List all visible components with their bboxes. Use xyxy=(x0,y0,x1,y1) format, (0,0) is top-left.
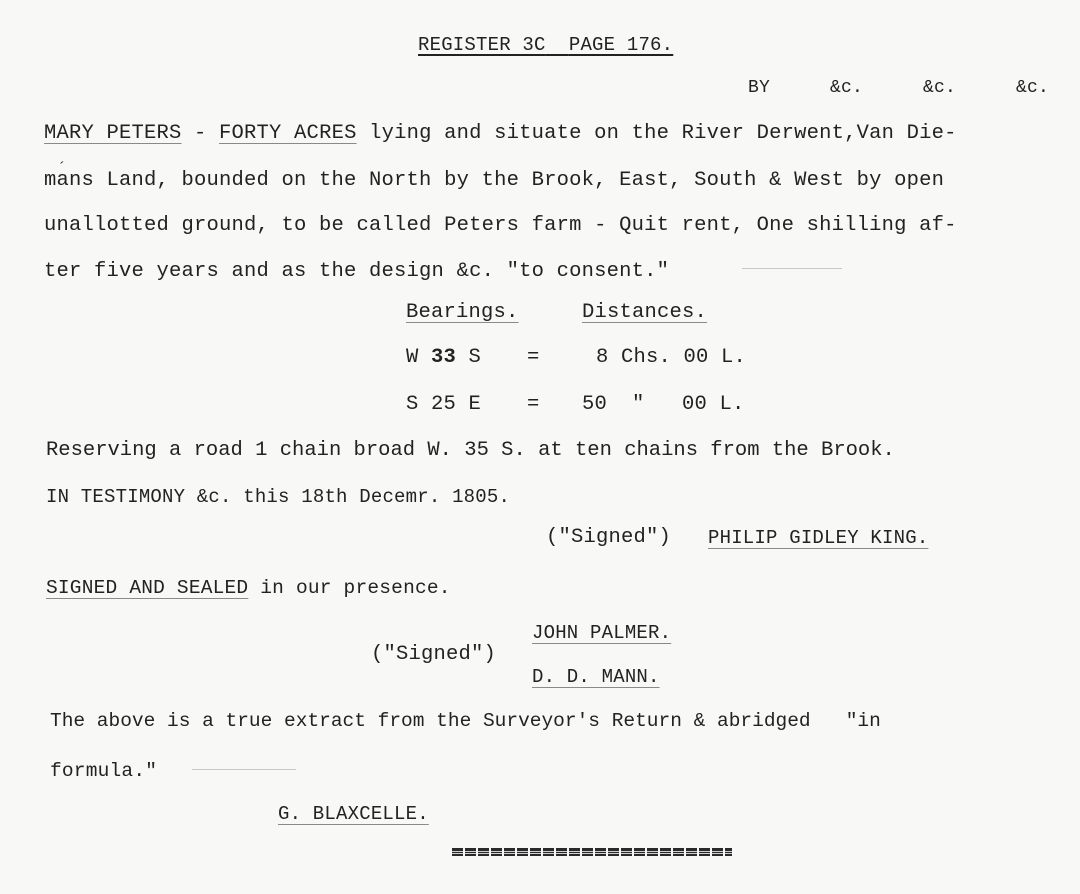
separator: - xyxy=(182,122,220,145)
certifier-name: G. BLAXCELLE. xyxy=(278,801,429,827)
grant-line-4: ter five years and as the design &c. "to… xyxy=(44,259,669,285)
closing-double-rule xyxy=(452,848,732,856)
reservation-text: Reserving a road 1 chain broad W. 35 S. … xyxy=(46,438,895,464)
typewritten-register-page: REGISTER 3C PAGE 176. BY &c. &c. &c. MAR… xyxy=(0,0,1080,894)
certification-line-2: formula." xyxy=(50,758,157,784)
bearing-degrees: 33 xyxy=(431,346,456,369)
witness-1: JOHN PALMER. xyxy=(532,620,671,646)
distances-header: Distances. xyxy=(582,300,707,326)
witness-2: D. D. MANN. xyxy=(532,664,660,690)
testimony-text: IN TESTIMONY &c. this 18th Decemr. 1805. xyxy=(46,484,510,510)
bearing-dir: W xyxy=(406,346,431,369)
register-heading: REGISTER 3C PAGE 176. xyxy=(418,32,673,58)
certification-line-1: The above is a true extract from the Sur… xyxy=(50,708,881,734)
distance-row-2: 50 " 00 L. xyxy=(582,392,745,418)
equals-sign: = xyxy=(527,345,540,371)
by-line: BY &c. &c. &c. xyxy=(748,75,1049,101)
grant-line-1: MARY PETERS - FORTY ACRES lying and situ… xyxy=(44,121,957,147)
signed-sealed-label: SIGNED AND SEALED xyxy=(46,577,248,599)
bearing-row-1: W 33 S xyxy=(406,345,481,371)
grantee-name: MARY PETERS xyxy=(44,122,182,145)
witness-signed-label: ("Signed") xyxy=(371,642,496,668)
bearing-dir: S xyxy=(406,393,431,416)
bearings-header: Bearings. xyxy=(406,300,519,326)
signed-sealed-line: SIGNED AND SEALED in our presence. xyxy=(46,575,451,601)
bearing-dir: S xyxy=(456,346,481,369)
equals-sign: = xyxy=(527,392,540,418)
pencil-rule xyxy=(742,268,842,269)
grant-line-1-rest: lying and situate on the River Derwent,V… xyxy=(357,122,957,145)
bearing-dir: E xyxy=(456,393,481,416)
distance-row-1: 8 Chs. 00 L. xyxy=(596,345,746,371)
register-number: REGISTER 3C xyxy=(418,34,546,56)
presence-text: in our presence. xyxy=(248,577,450,599)
bearing-row-2: S 25 E xyxy=(406,392,481,418)
bearing-degrees: 25 xyxy=(431,393,456,416)
acreage: FORTY ACRES xyxy=(219,122,357,145)
grant-line-2: mans Land, bounded on the North by the B… xyxy=(44,168,944,194)
grant-line-3: unallotted ground, to be called Peters f… xyxy=(44,213,957,239)
governor-signed-label: ("Signed") xyxy=(546,525,671,551)
governor-name: PHILIP GIDLEY KING. xyxy=(708,525,928,551)
pencil-rule xyxy=(192,769,296,770)
page-number: PAGE 176. xyxy=(569,34,673,56)
